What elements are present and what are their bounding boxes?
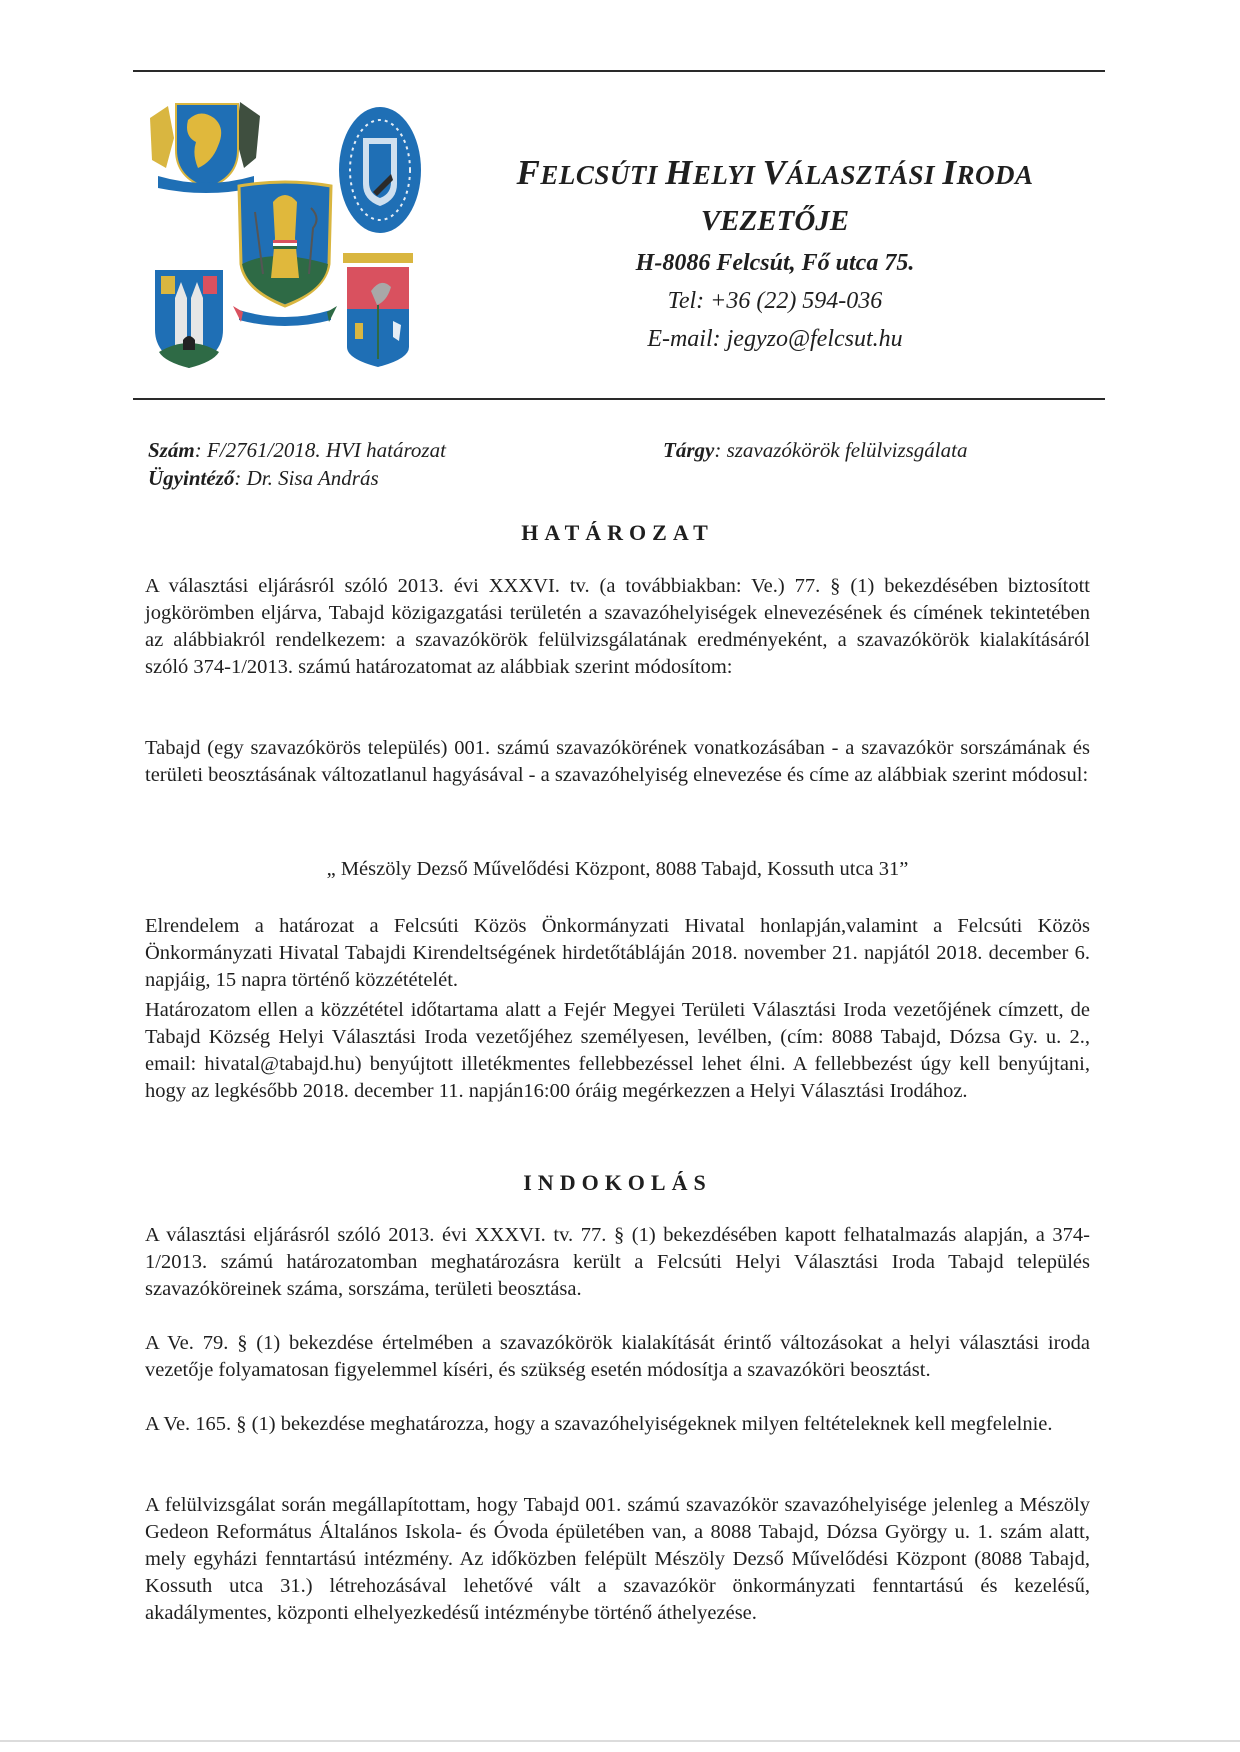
reasoning-heading: INDOKOLÁS [145, 1170, 1090, 1196]
wheat-sheaf-coat-of-arms-icon [233, 178, 337, 328]
reasoning-paragraph: A Ve. 165. § (1) bekezdése meghatározza,… [145, 1411, 1090, 1438]
appeal-paragraph: Határozatom ellen a közzététel időtartam… [145, 997, 1090, 1105]
round-seal-icon [337, 104, 423, 236]
org-subtitle: VEZETŐJE [470, 198, 1080, 244]
header-top-rule [133, 70, 1105, 72]
case-officer: Ügyintéző: Dr. Sisa András [148, 464, 446, 492]
reasoning-paragraph: A felülvizsgálat során megállapítottam, … [145, 1492, 1090, 1627]
org-address: H-8086 Felcsút, Fő utca 75. [470, 244, 1080, 282]
org-phone: Tel: +36 (22) 594-036 [470, 282, 1080, 320]
polling-station-address: „ Mészöly Dezső Művelődési Központ, 8088… [145, 856, 1090, 883]
decision-paragraph: Elrendelem a határozat a Felcsúti Közös … [145, 913, 1090, 994]
decision-paragraph: Tabajd (egy szavazókörös település) 001.… [145, 735, 1090, 789]
decision-paragraph: A választási eljárásról szóló 2013. évi … [145, 573, 1090, 681]
org-title-word-1: FELCSÚTI [517, 153, 666, 192]
org-email: E-mail: jegyzo@felcsut.hu [470, 320, 1080, 358]
reasoning-paragraph: A választási eljárásról szóló 2013. évi … [145, 1222, 1090, 1303]
letterhead: FELCSÚTI HELYI VÁLASZTÁSI IRODA VEZETŐJE… [470, 150, 1080, 358]
church-coat-of-arms-icon [153, 268, 225, 370]
case-meta: Szám: F/2761/2018. HVI határozat Ügyinté… [148, 436, 446, 492]
org-title: FELCSÚTI HELYI VÁLASZTÁSI IRODA [430, 150, 1120, 198]
case-number: Szám: F/2761/2018. HVI határozat [148, 436, 446, 464]
red-blue-coat-of-arms-icon [341, 251, 415, 371]
case-subject: Tárgy: szavazókörök felülvizsgálata [663, 436, 967, 464]
page-bottom-edge [0, 1740, 1240, 1742]
org-title-word-2: HELYI [665, 153, 762, 192]
org-title-word-3: VÁLASZTÁSI [763, 153, 943, 192]
header-bottom-rule [133, 398, 1105, 400]
reasoning-paragraph: A Ve. 79. § (1) bekezdése értelmében a s… [145, 1330, 1090, 1384]
decision-heading: HATÁROZAT [145, 520, 1090, 546]
org-title-word-4: IRODA [942, 153, 1033, 192]
